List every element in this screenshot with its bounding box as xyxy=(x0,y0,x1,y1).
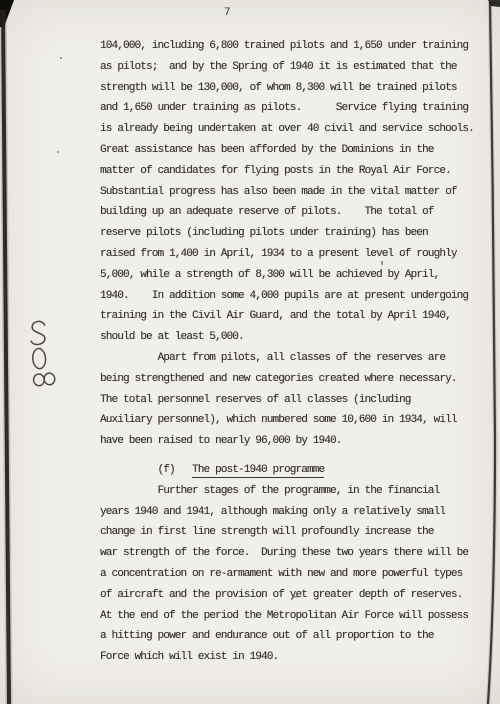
text-line: is already being undertaken at over 40 c… xyxy=(100,119,480,140)
text-line: raised from 1,400 in April, 1934 to a pr… xyxy=(100,244,480,265)
text-line: strength will be 130,000, of whom 8,300 … xyxy=(100,78,480,99)
text-line: 104,000, including 6,800 trained pilots … xyxy=(100,36,480,57)
right-edge-line xyxy=(488,2,495,704)
text-line: years 1940 and 1941, although making onl… xyxy=(100,502,480,523)
text-line: Force which will exist in 1940. xyxy=(100,647,480,668)
speck xyxy=(57,151,59,153)
annotation-glyph-8 xyxy=(30,321,47,345)
text-line: of aircraft and the provision of yet gre… xyxy=(100,585,480,606)
margin-annotation-handwritten xyxy=(27,318,59,390)
text-line: being strengthened and new categories cr… xyxy=(100,369,480,390)
page-number: 7 xyxy=(224,7,230,19)
corner-shadow xyxy=(0,0,14,27)
text-line: 1940. In addition some 4,000 pupils are … xyxy=(100,286,480,307)
annotation-glyph-8-loop xyxy=(33,374,45,387)
text-line: a concentration on re-armament with new … xyxy=(100,564,480,585)
text-line: reserve pilots (including pilots under t… xyxy=(100,223,480,244)
text-line: a hitting power and endurance out of all… xyxy=(100,626,480,647)
text-line: Auxiliary personnel), which numbered som… xyxy=(100,410,480,431)
text-line: Great assistance has been afforded by th… xyxy=(100,140,480,161)
text-line: war strength of the force. During these … xyxy=(100,543,480,564)
document-page: { "page": { "number": "7" }, "margin_ann… xyxy=(0,0,500,704)
left-edge-fuzz xyxy=(3,10,9,704)
corner-shadow-right xyxy=(488,0,500,7)
annotation-glyph-0 xyxy=(32,348,46,369)
text-line: have been raised to nearly 96,000 by 194… xyxy=(100,431,480,452)
text-line: Further stages of the programme, in the … xyxy=(100,481,480,502)
text-line: Substantial progress has also been made … xyxy=(100,182,480,203)
heading-underlined-text: The post-1940 programme xyxy=(192,464,324,478)
speck xyxy=(60,57,62,59)
text-line: change in first line strength will profo… xyxy=(100,522,480,543)
annotation-glyph-8-loop xyxy=(44,373,56,386)
document-body: 104,000, including 6,800 trained pilots … xyxy=(100,36,480,668)
text-line: should be at least 5,000. xyxy=(100,327,480,348)
text-line: 5,000, while a strength of 8,300 will be… xyxy=(100,265,480,286)
section-heading: (f) The post-1940 programme xyxy=(100,460,480,481)
text-line: training in the Civil Air Guard, and the… xyxy=(100,306,480,327)
text-line: as pilots; and by the Spring of 1940 it … xyxy=(100,57,480,78)
right-edge-fuzz xyxy=(488,2,495,704)
text-line: Apart from pilots, all classes of the re… xyxy=(100,348,480,369)
text-line: At the end of the period the Metropolita… xyxy=(100,606,480,627)
text-line: The total personnel reserves of all clas… xyxy=(100,390,480,411)
text-line: and 1,650 under training as pilots. Serv… xyxy=(100,98,480,119)
heading-prefix: (f) xyxy=(100,464,192,476)
text-line: matter of candidates for flying posts in… xyxy=(100,161,480,182)
left-edge-line xyxy=(3,10,9,704)
text-line: building up an adequate reserve of pilot… xyxy=(100,202,480,223)
